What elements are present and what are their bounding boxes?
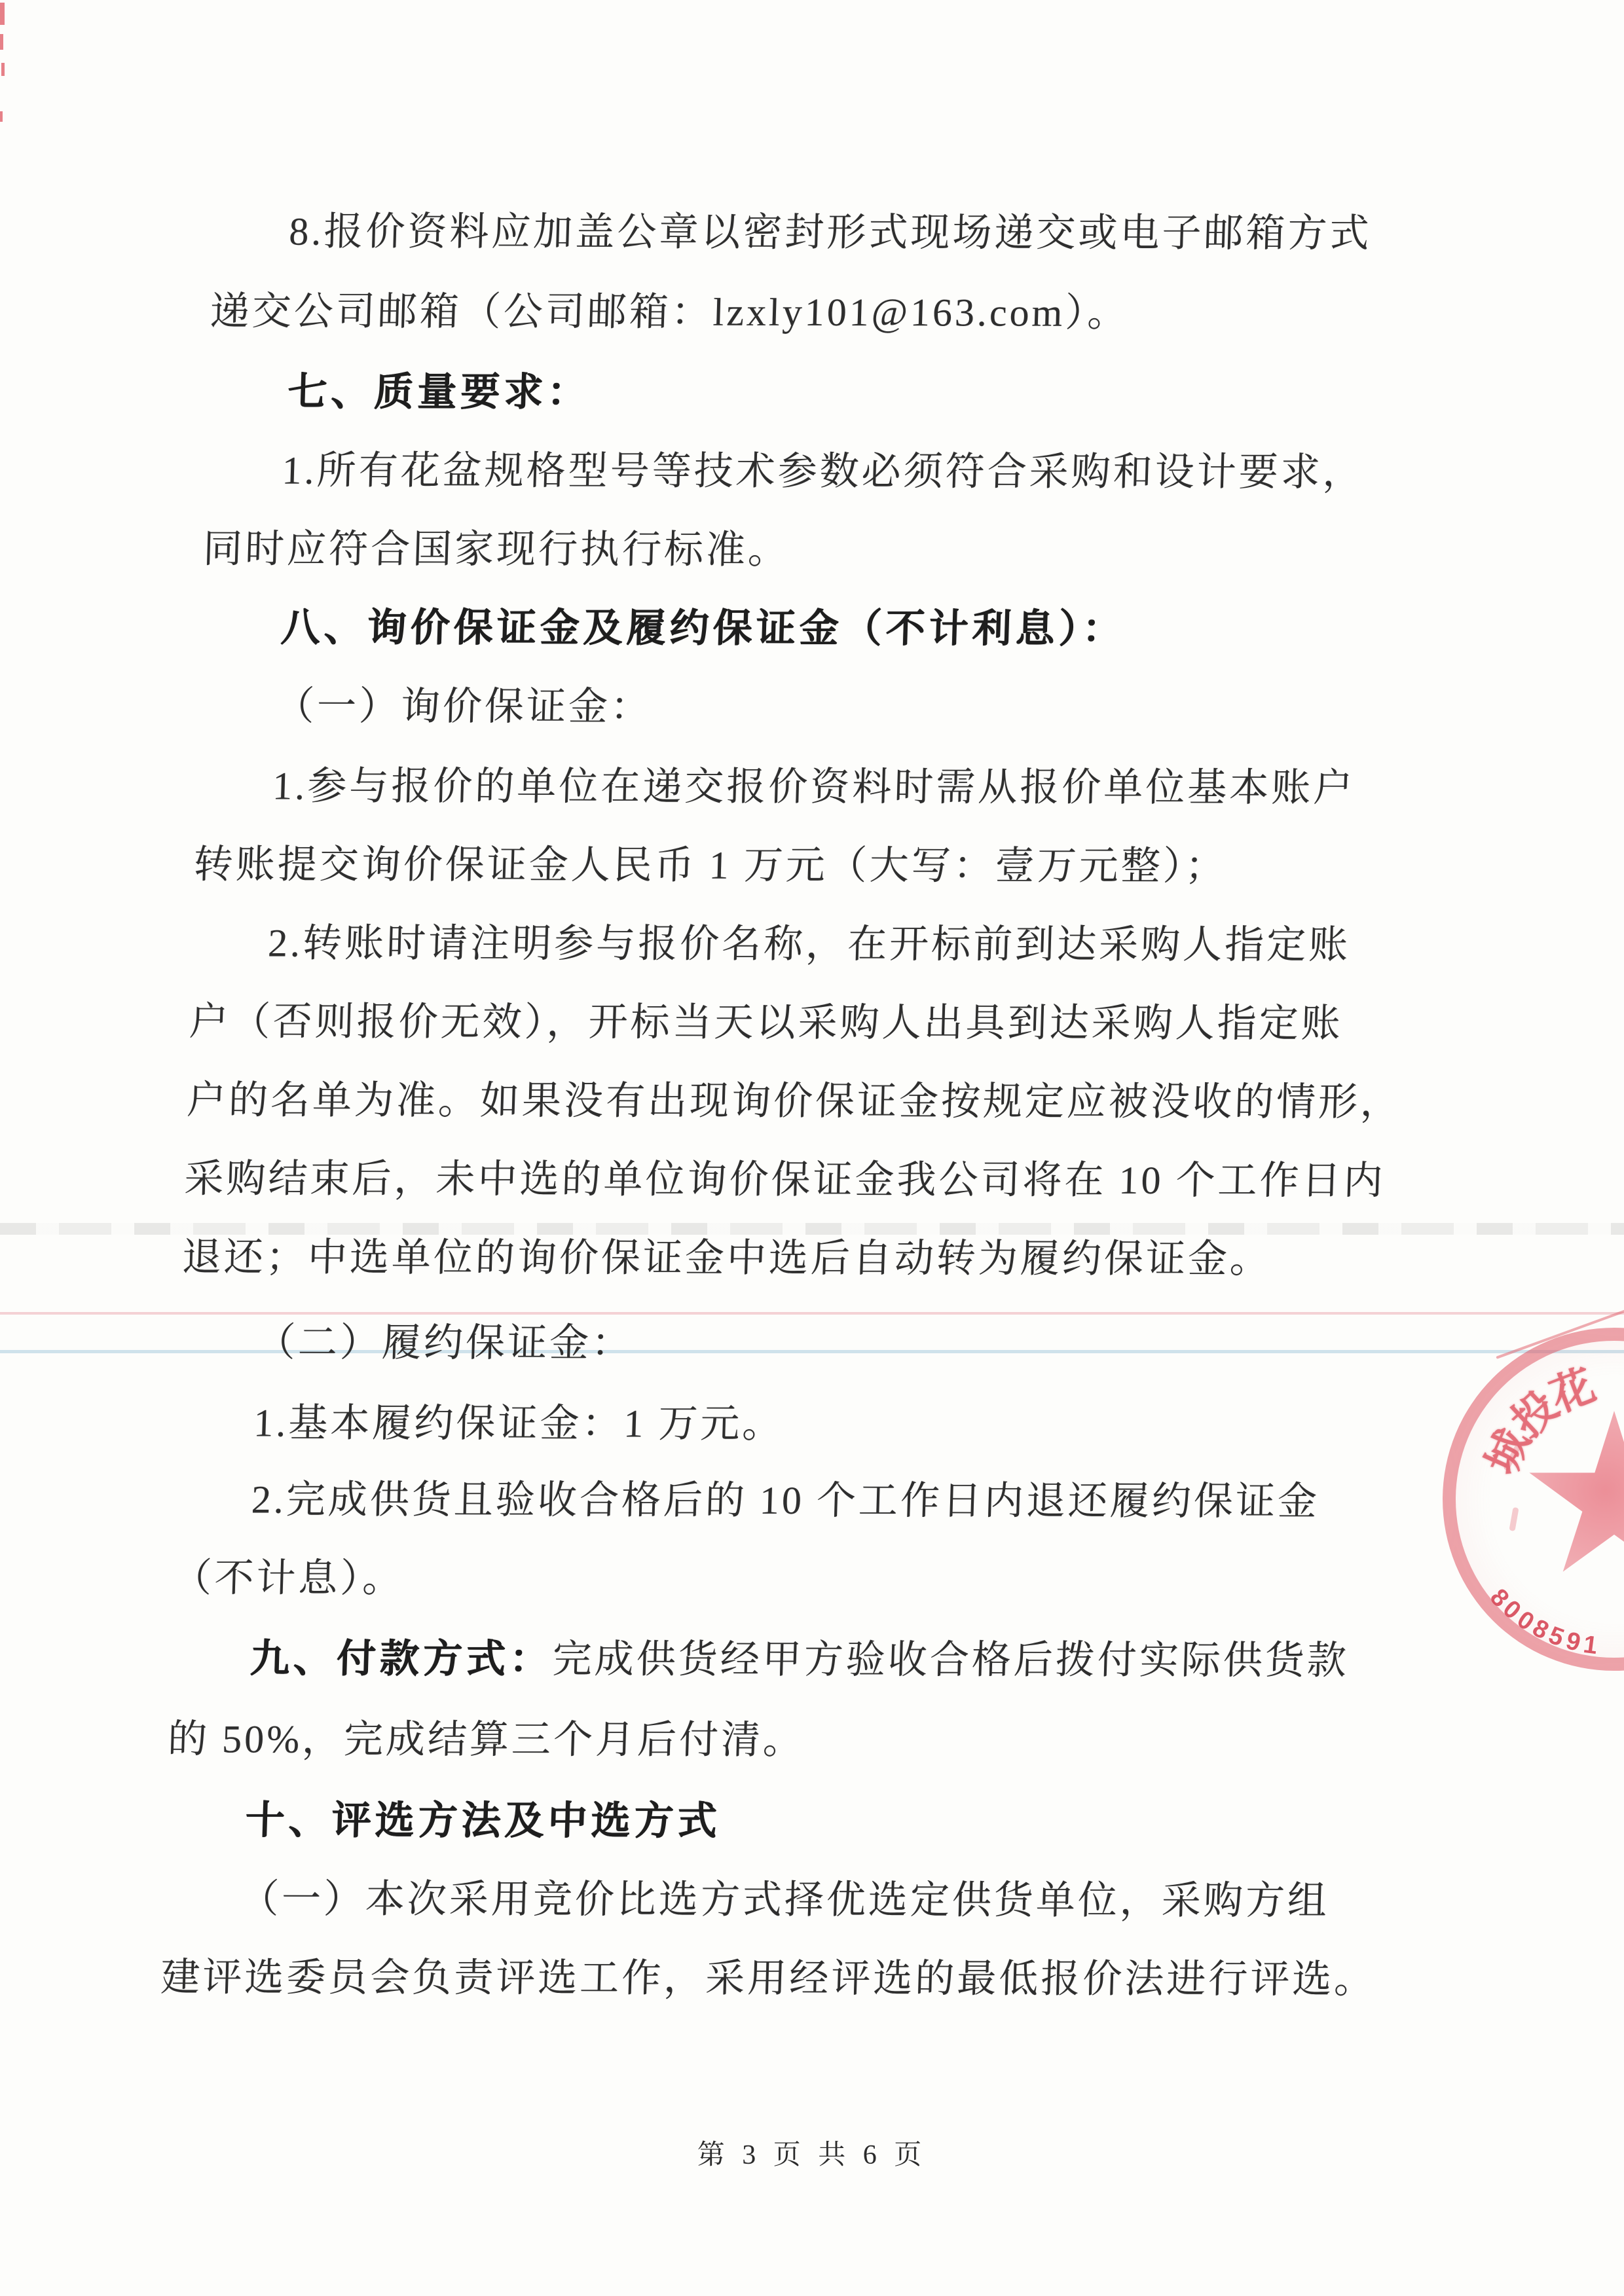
body-text: （不计息）。 [172, 1556, 405, 1600]
text-line-5: 同时应符合国家现行执行标准。 [202, 529, 790, 570]
text-line-3: 七、质量要求： [287, 373, 591, 412]
body-text: 退还；中选单位的询价保证金中选后自动转为履约保证金。 [181, 1235, 1272, 1281]
scan-edge-red-mark [0, 34, 3, 50]
text-line-23: 建评选委员会负责评选工作，采用经评选的最低报价法进行评选。 [160, 1958, 1376, 1999]
body-text: 1.所有花盆规格型号等技术参数必须符合采购和设计要求， [282, 449, 1365, 494]
scan-edge-red-mark [0, 111, 3, 122]
heading-text: 九、付款方式： [249, 1637, 553, 1681]
heading-text: 七、质量要求： [287, 371, 591, 414]
body-text: （二）履约保证金： [255, 1321, 634, 1365]
text-line-11: 户（否则报价无效），开标当天以采购人出具到达采购人指定账 [189, 1002, 1344, 1043]
body-text: 户的名单为准。如果没有出现询价保证金按规定应被没收的情形， [186, 1078, 1403, 1123]
body-text: 的 50%，完成结算三个月后付清。 [167, 1717, 805, 1762]
page-footer: 第 3 页 共 6 页 [0, 2133, 1624, 2172]
text-line-9: 转账提交询价保证金人民币 1 万元（大写：壹万元整）； [193, 845, 1228, 886]
body-text: 8.报价资料应加盖公章以密封形式现场递交或电子邮箱方式 [289, 210, 1373, 255]
text-line-20: 的 50%，完成结算三个月后付清。 [167, 1719, 805, 1760]
body-text: 转账提交询价保证金人民币 1 万元（大写：壹万元整）； [193, 843, 1228, 888]
body-text: 建评选委员会负责评选工作，采用经评选的最低报价法进行评选。 [160, 1956, 1376, 2001]
text-line-12: 户的名单为准。如果没有出现询价保证金按规定应被没收的情形， [186, 1080, 1403, 1121]
text-line-2: 递交公司邮箱（公司邮箱：lzxly101@163.com）。 [210, 291, 1130, 332]
scan-edge-red-mark [1, 63, 5, 76]
text-line-13: 采购结束后，未中选的单位询价保证金我公司将在 10 个工作日内 [184, 1159, 1386, 1200]
text-line-10: 2.转账时请注明参与报价名称，在开标前到达采购人指定账 [267, 924, 1351, 965]
seal-serial-digit: 1 [1581, 1632, 1598, 1658]
body-text: 完成供货经甲方验收合格后拨付实际供货款 [552, 1637, 1350, 1682]
text-line-15: （二）履约保证金： [255, 1323, 634, 1363]
body-text: 采购结束后，未中选的单位询价保证金我公司将在 10 个工作日内 [184, 1157, 1386, 1202]
body-text: 2.转账时请注明参与报价名称，在开标前到达采购人指定账 [267, 922, 1351, 967]
text-line-7: （一）询价保证金： [274, 687, 653, 727]
body-text: 同时应符合国家现行执行标准。 [202, 527, 790, 572]
text-line-16: 1.基本履约保证金：1 万元。 [253, 1404, 785, 1444]
text-line-1: 8.报价资料应加盖公章以密封形式现场递交或电子邮箱方式 [289, 212, 1373, 253]
scan-edge-red-mark [0, 3, 5, 25]
body-text: 2.完成供货且验收合格后的 10 个工作日内退还履约保证金 [251, 1478, 1320, 1523]
document-body-text: 8.报价资料应加盖公章以密封形式现场递交或电子邮箱方式递交公司邮箱（公司邮箱：l… [0, 0, 1624, 2296]
body-text: 户（否则报价无效），开标当天以采购人出具到达采购人指定账 [189, 1000, 1344, 1045]
body-text: 1.参与报价的单位在递交报价资料时需从报价单位基本账户 [272, 765, 1356, 810]
text-line-21: 十、评选方法及中选方式 [245, 1800, 722, 1840]
text-line-4: 1.所有花盆规格型号等技术参数必须符合采购和设计要求， [282, 451, 1365, 492]
body-text: 1.基本履约保证金：1 万元。 [253, 1402, 785, 1446]
scanned-document-page: 8.报价资料应加盖公章以密封形式现场递交或电子邮箱方式递交公司邮箱（公司邮箱：l… [0, 0, 1624, 2296]
body-text: （一）询价保证金： [274, 685, 653, 729]
text-line-6: 八、询价保证金及履约保证金（不计利息）： [280, 608, 1126, 649]
body-text: 递交公司邮箱（公司邮箱：lzxly101@163.com）。 [210, 289, 1130, 334]
body-text: （一）本次采用竞价比选方式择优选定供货单位，采购方组 [239, 1877, 1330, 1922]
text-line-18: （不计息）。 [172, 1558, 405, 1598]
text-line-17: 2.完成供货且验收合格后的 10 个工作日内退还履约保证金 [251, 1480, 1320, 1522]
text-line-14: 退还；中选单位的询价保证金中选后自动转为履约保证金。 [181, 1237, 1272, 1279]
text-line-8: 1.参与报价的单位在递交报价资料时需从报价单位基本账户 [272, 767, 1356, 808]
text-line-22: （一）本次采用竞价比选方式择优选定供货单位，采购方组 [239, 1879, 1330, 1920]
text-line-19: 九、付款方式：完成供货经甲方验收合格后拨付实际供货款 [249, 1639, 1350, 1681]
heading-text: 八、询价保证金及履约保证金（不计利息）： [280, 606, 1126, 651]
heading-text: 十、评选方法及中选方式 [244, 1798, 721, 1842]
